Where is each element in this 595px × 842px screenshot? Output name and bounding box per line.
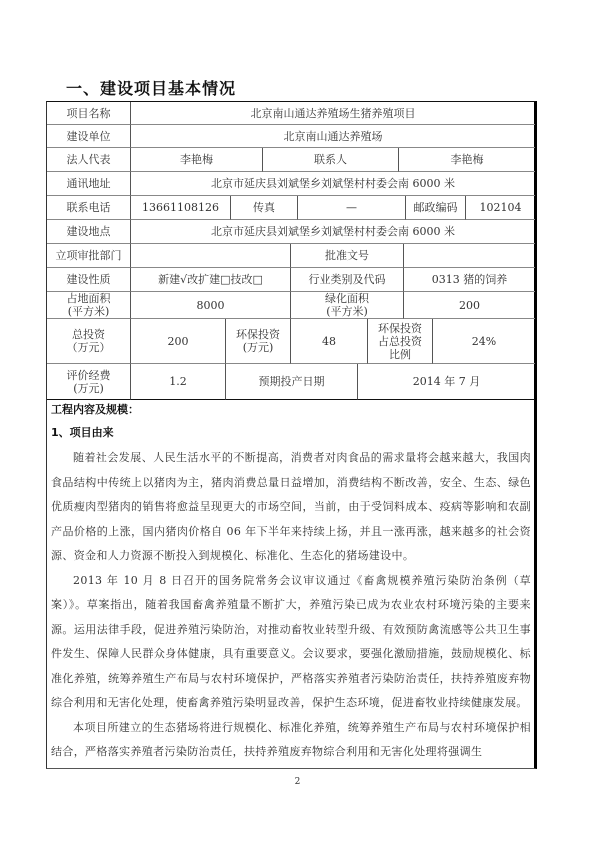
project-info-table: 项目名称 北京南山通达养殖场生猪养殖项目 建设单位 北京南山通达养殖场 法人代表… bbox=[46, 101, 537, 769]
total-investment-label: 总投资 （万元） bbox=[47, 319, 131, 364]
construction-unit-label: 建设单位 bbox=[47, 125, 131, 148]
env-investment-label: 环保投资 (万元) bbox=[226, 319, 291, 364]
env-ratio-label: 环保投资 占总投资 比例 bbox=[368, 319, 433, 364]
phone-value: 13661108126 bbox=[131, 196, 231, 220]
production-date-label: 预期投产日期 bbox=[226, 364, 358, 400]
project-name-label: 项目名称 bbox=[47, 102, 131, 125]
production-date-value: 2014 年 7 月 bbox=[358, 364, 535, 400]
paragraph-2: 2013 年 10 月 8 日召开的国务院常务会议审议通过《畜禽规模养殖污染防治… bbox=[51, 569, 531, 716]
postcode-value: 102104 bbox=[466, 196, 535, 220]
project-name-value: 北京南山通达养殖场生猪养殖项目 bbox=[131, 102, 535, 125]
approval-dept-value bbox=[131, 244, 291, 268]
contact-person-value: 李艳梅 bbox=[399, 148, 535, 172]
construction-unit-value: 北京南山通达养殖场 bbox=[131, 125, 535, 148]
project-content-section: 工程内容及规模： 1、项目由来 随着社会发展、人民生活水平的不断提高，消费者对肉… bbox=[47, 400, 535, 765]
section-title: 一、建设项目基本情况 bbox=[66, 76, 236, 99]
phone-label: 联系电话 bbox=[47, 196, 131, 220]
eval-fee-value: 1.2 bbox=[131, 364, 226, 400]
content-heading: 工程内容及规模： bbox=[51, 400, 531, 420]
page-number: 2 bbox=[0, 777, 595, 787]
paragraph-3: 本项目所建立的生态猪场将进行规模化、标准化养殖，统筹养殖生产布局与农村环境保护相… bbox=[51, 716, 531, 765]
industry-label: 行业类别及代码 bbox=[291, 268, 404, 292]
site-value: 北京市延庆县刘斌堡乡刘斌堡村村委会南 6000 米 bbox=[131, 220, 535, 244]
site-label: 建设地点 bbox=[47, 220, 131, 244]
approval-dept-label: 立项审批部门 bbox=[47, 244, 131, 268]
nature-label: 建设性质 bbox=[47, 268, 131, 292]
approval-doc-value bbox=[404, 244, 535, 268]
env-ratio-value: 24% bbox=[433, 319, 535, 364]
address-value: 北京市延庆县刘斌堡乡刘斌堡村村委会南 6000 米 bbox=[131, 172, 535, 196]
project-origin-heading: 1、项目由来 bbox=[51, 420, 531, 446]
postcode-label: 邮政编码 bbox=[406, 196, 466, 220]
area-label: 占地面积 (平方米) bbox=[47, 292, 131, 319]
industry-value: 0313 猪的饲养 bbox=[404, 268, 535, 292]
contact-person-label: 联系人 bbox=[263, 148, 399, 172]
env-investment-value: 48 bbox=[291, 319, 368, 364]
address-label: 通讯地址 bbox=[47, 172, 131, 196]
eval-fee-label: 评价经费 (万元) bbox=[47, 364, 131, 400]
paragraph-1: 随着社会发展、人民生活水平的不断提高，消费者对肉食品的需求量将会越来越大，我国肉… bbox=[51, 446, 531, 569]
legal-rep-label: 法人代表 bbox=[47, 148, 131, 172]
area-value: 8000 bbox=[131, 292, 291, 319]
fax-label: 传真 bbox=[231, 196, 298, 220]
green-area-value: 200 bbox=[404, 292, 535, 319]
approval-doc-label: 批准文号 bbox=[291, 244, 404, 268]
green-area-label: 绿化面积 (平方米) bbox=[291, 292, 404, 319]
total-investment-value: 200 bbox=[131, 319, 226, 364]
nature-value: 新建√改扩建□技改□ bbox=[131, 268, 291, 292]
legal-rep-value: 李艳梅 bbox=[131, 148, 263, 172]
fax-value: — bbox=[298, 196, 406, 220]
